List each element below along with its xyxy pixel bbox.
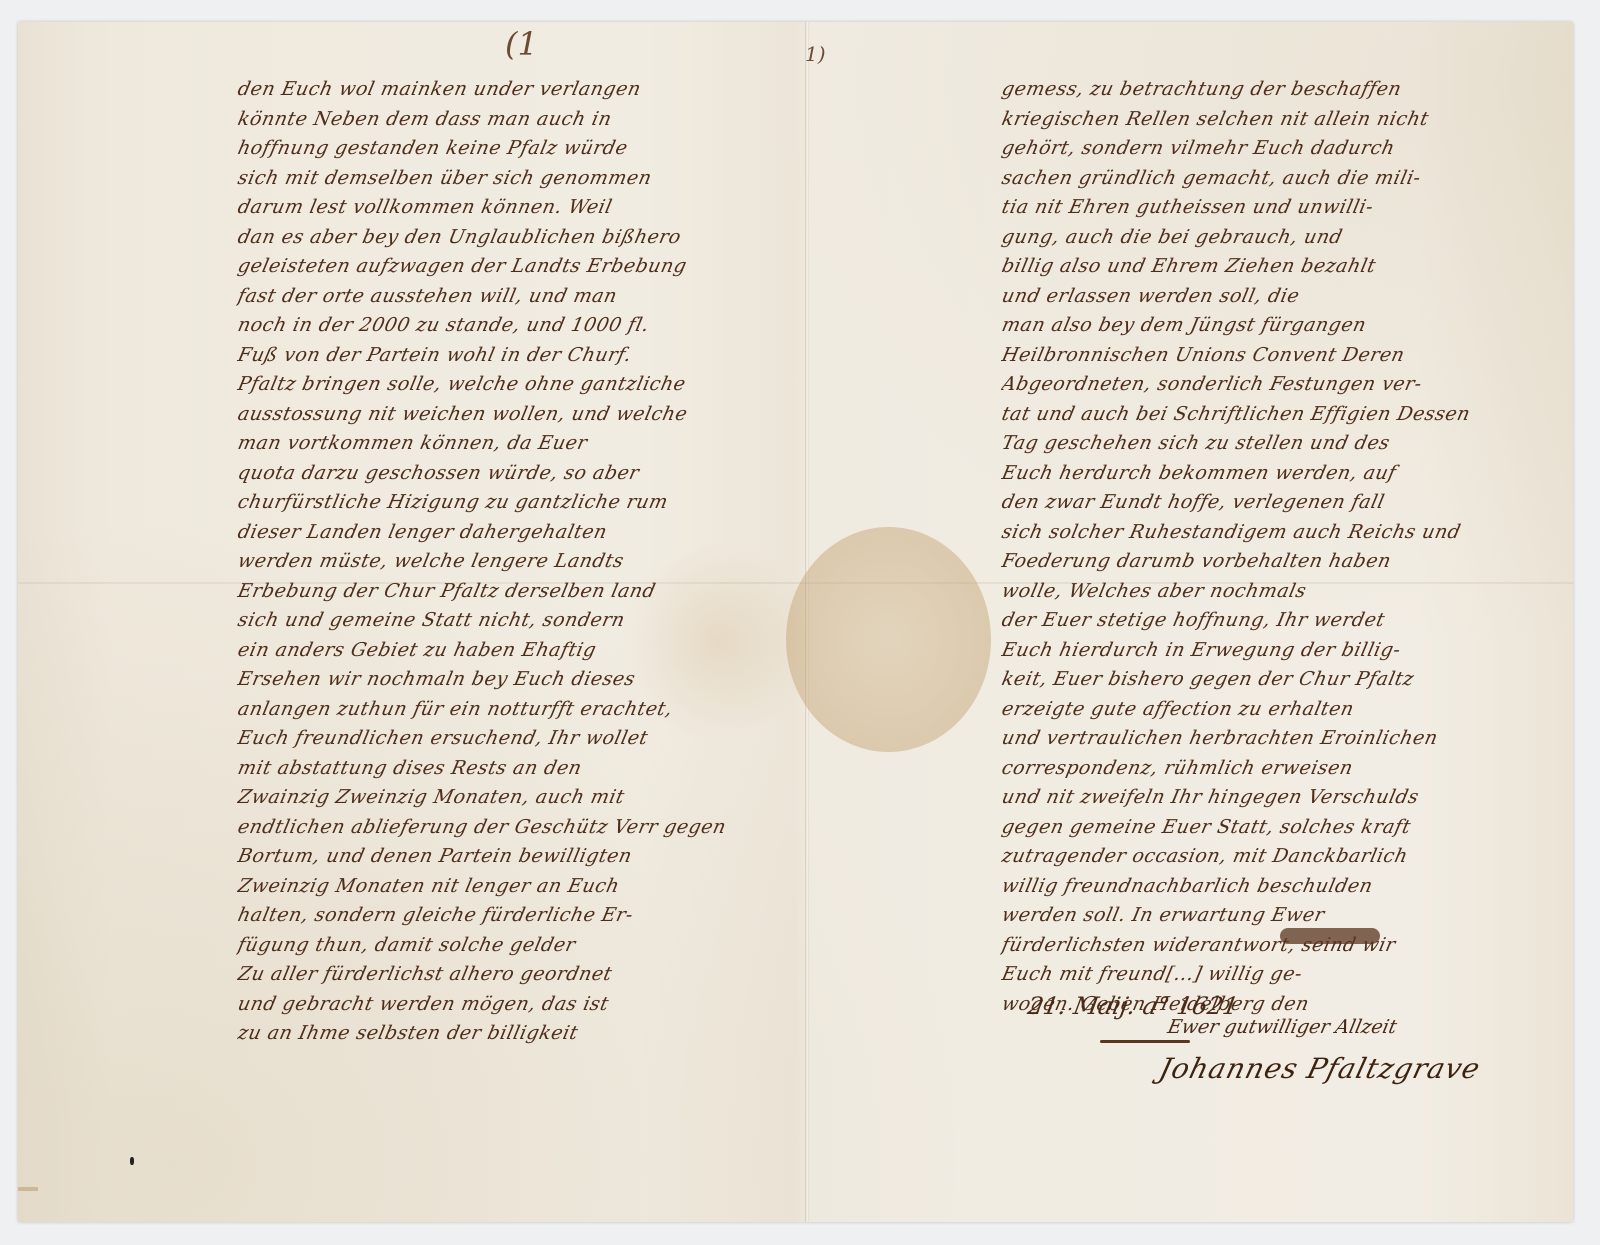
manuscript-line: Euch mit freund[...] willig ge- [999, 960, 1525, 990]
ink-speck [130, 1157, 134, 1165]
manuscript-line: fürderlichsten widerantwort, seind wir [999, 931, 1525, 961]
manuscript-line: Pfaltz bringen solle, welche ohne gantzl… [235, 370, 801, 400]
manuscript-line: sachen gründlich gemacht, auch die mili- [999, 164, 1525, 194]
manuscript-line: Bortum, und denen Partein bewilligten [235, 842, 801, 872]
signature: Johannes Pfaltzgrave [1156, 1052, 1484, 1085]
manuscript-line: erzeigte gute affection zu erhalten [999, 695, 1525, 725]
manuscript-line: gegen gemeine Euer Statt, solches kraft [999, 813, 1525, 843]
manuscript-line: den Euch wol mainken under verlangen [235, 75, 801, 105]
manuscript-line: quota darzu geschossen würde, so aber [235, 459, 801, 489]
closing-salutation: Ewer gutwilliger Allzeit [1166, 1016, 1399, 1038]
folio-mark-left: (1 [505, 25, 538, 63]
manuscript-line: noch in der 2000 zu stande, und 1000 fl. [235, 311, 801, 341]
manuscript-line: correspondenz, rühmlich erweisen [999, 754, 1525, 784]
manuscript-line: Foederung darumb vorbehalten haben [999, 547, 1525, 577]
seal-stain [786, 527, 991, 752]
manuscript-line: keit, Euer bishero gegen der Chur Pfaltz [999, 665, 1525, 695]
manuscript-line: Zweinzig Monaten nit lenger an Euch [235, 872, 801, 902]
manuscript-line: zu an Ihme selbsten der billigkeit [235, 1019, 801, 1049]
manuscript-line: man also bey dem Jüngst fürgangen [999, 311, 1525, 341]
manuscript-line: mit abstattung dises Rests an den [235, 754, 801, 784]
manuscript-line: man vortkommen können, da Euer [235, 429, 801, 459]
date-underline [1100, 1040, 1190, 1043]
folio-mark-right: 1) [805, 42, 826, 66]
manuscript-line: endtlichen ablieferung der Geschütz Verr… [235, 813, 801, 843]
manuscript-line: hoffnung gestanden keine Pfalz würde [235, 134, 801, 164]
manuscript-line: darum lest vollkommen können. Weil [235, 193, 801, 223]
manuscript-line: und nit zweifeln Ihr hingegen Verschulds [999, 783, 1525, 813]
manuscript-line: ein anders Gebiet zu haben Ehaftig [235, 636, 801, 666]
manuscript-line: fast der orte ausstehen will, und man [235, 282, 801, 312]
manuscript-line: Euch hierdurch in Erwegung der billig- [999, 636, 1525, 666]
manuscript-line: könnte Neben dem dass man auch in [235, 105, 801, 135]
manuscript-line: und gebracht werden mögen, das ist [235, 990, 801, 1020]
manuscript-line: fügung thun, damit solche gelder [235, 931, 801, 961]
manuscript-line: wolle, Welches aber nochmals [999, 577, 1525, 607]
manuscript-line: Ersehen wir nochmaln bey Euch dieses [235, 665, 801, 695]
ink-blot [1280, 928, 1380, 944]
manuscript-line: halten, sondern gleiche fürderliche Er- [235, 901, 801, 931]
manuscript-line: zutragender occasion, mit Danckbarlich [999, 842, 1525, 872]
manuscript-line: dieser Landen lenger dahergehalten [235, 518, 801, 548]
manuscript-line: Tag geschehen sich zu stellen und des [999, 429, 1525, 459]
manuscript-line: sich solcher Ruhestandigem auch Reichs u… [999, 518, 1525, 548]
manuscript-line: Zu aller fürderlichst alhero geordnet [235, 960, 801, 990]
manuscript-line: tat und auch bei Schriftlichen Effigien … [999, 400, 1525, 430]
manuscript-line: Euch freundlichen ersuchend, Ihr wollet [235, 724, 801, 754]
manuscript-line: geleisteten aufzwagen der Landts Erbebun… [235, 252, 801, 282]
manuscript-line: willig freundnachbarlich beschulden [999, 872, 1525, 902]
manuscript-line: und erlassen werden soll, die [999, 282, 1525, 312]
manuscript-line: Euch herdurch bekommen werden, auf [999, 459, 1525, 489]
manuscript-line: werden müste, welche lengere Landts [235, 547, 801, 577]
binding-thread [18, 1187, 38, 1191]
manuscript-line: den zwar Eundt hoffe, verlegenen fall [999, 488, 1525, 518]
manuscript-line: tia nit Ehren gutheissen und unwilli- [999, 193, 1525, 223]
manuscript-line: Erbebung der Chur Pfaltz derselben land [235, 577, 801, 607]
manuscript-line: gung, auch die bei gebrauch, und [999, 223, 1525, 253]
manuscript-line: werden soll. In erwartung Ewer [999, 901, 1525, 931]
manuscript-line: billig also und Ehrem Ziehen bezahlt [999, 252, 1525, 282]
manuscript-line: ausstossung nit weichen wollen, und welc… [235, 400, 801, 430]
manuscript-line: sich mit demselben über sich genommen [235, 164, 801, 194]
manuscript-line: dan es aber bey den Unglaublichen bißher… [235, 223, 801, 253]
manuscript-line: kriegischen Rellen selchen nit allein ni… [999, 105, 1525, 135]
manuscript-line: Zwainzig Zweinzig Monaten, auch mit [235, 783, 801, 813]
manuscript-line: der Euer stetige hoffnung, Ihr werdet [999, 606, 1525, 636]
right-page-text: gemess, zu betrachtung der beschaffenkri… [1002, 75, 1522, 1019]
manuscript-line: gehört, sondern vilmehr Euch dadurch [999, 134, 1525, 164]
left-page-text: den Euch wol mainken under verlangenkönn… [238, 75, 798, 1049]
manuscript-line: Heilbronnischen Unions Convent Deren [999, 341, 1525, 371]
manuscript-line: gemess, zu betrachtung der beschaffen [999, 75, 1525, 105]
manuscript-line: und vertraulichen herbrachten Eroinliche… [999, 724, 1525, 754]
manuscript-line: Abgeordneten, sonderlich Festungen ver- [999, 370, 1525, 400]
manuscript-line: churfürstliche Hizigung zu gantzliche ru… [235, 488, 801, 518]
manuscript-line: anlangen zuthun für ein notturfft eracht… [235, 695, 801, 725]
manuscript-line: Fuß von der Partein wohl in der Churf. [235, 341, 801, 371]
manuscript-line: sich und gemeine Statt nicht, sondern [235, 606, 801, 636]
